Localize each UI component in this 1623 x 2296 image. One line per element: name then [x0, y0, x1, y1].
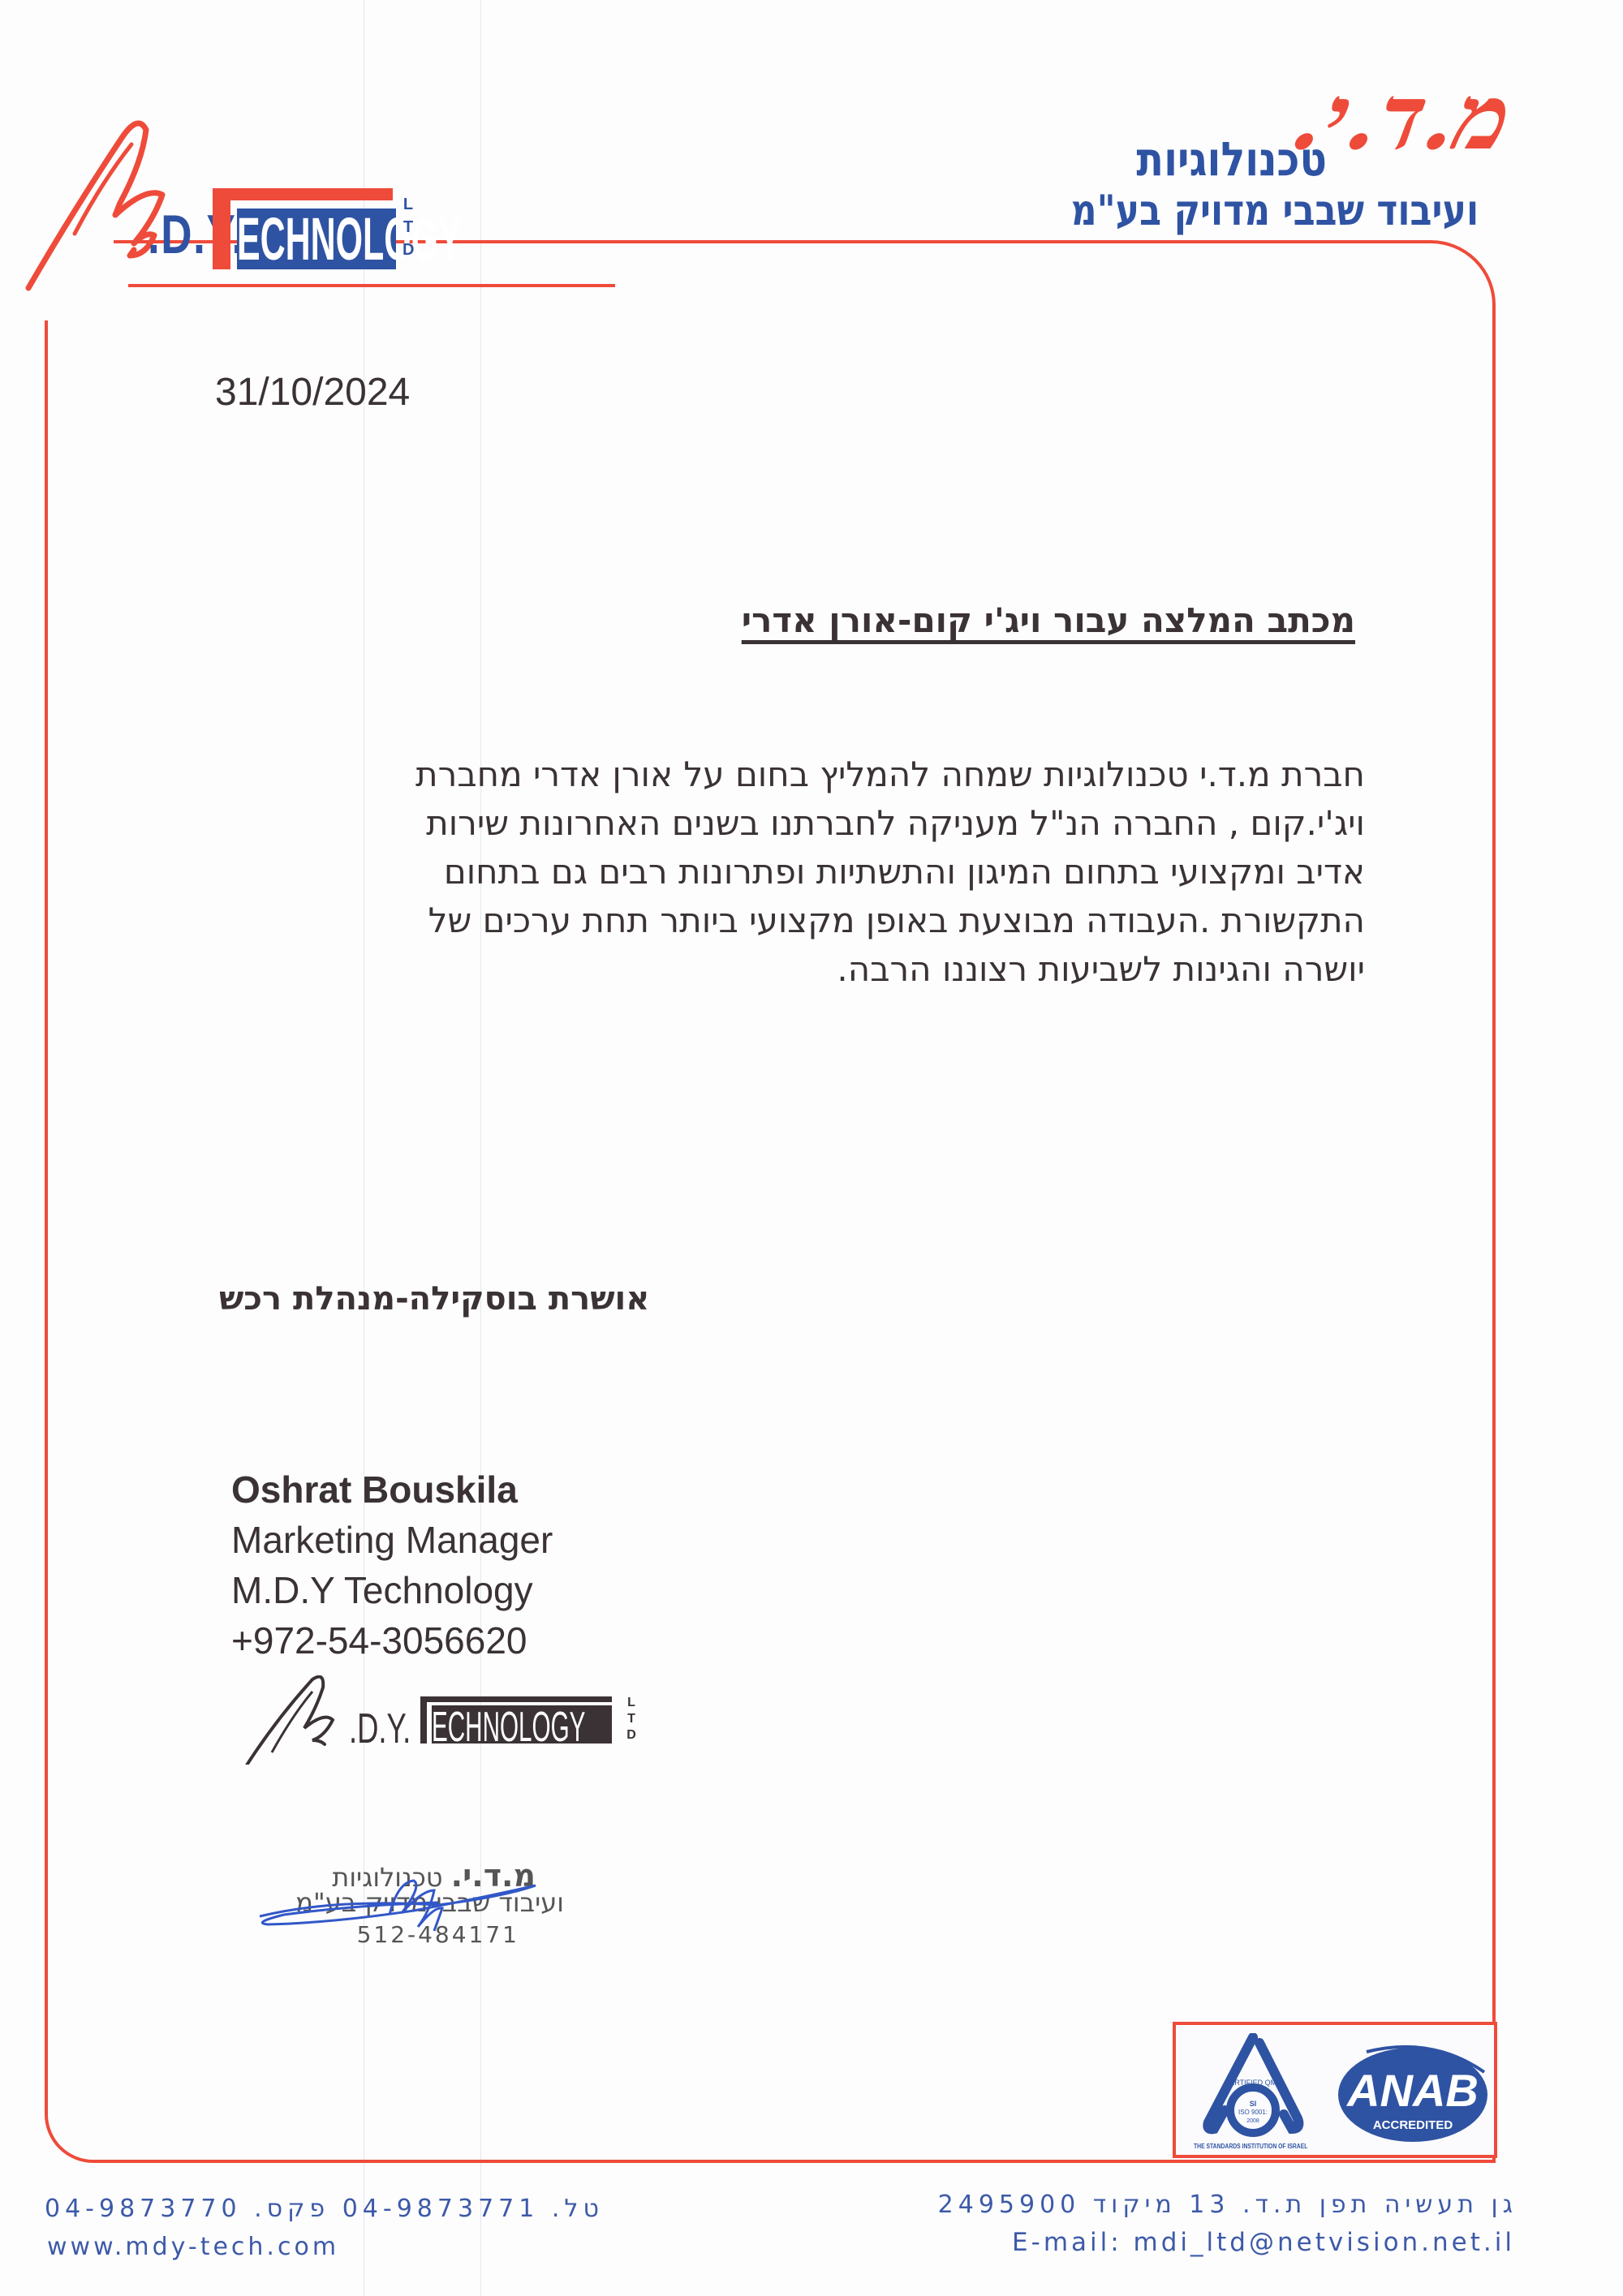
logo-t-stem — [213, 188, 230, 269]
body-line: התקשורת .העבודה מבוצעת באופן מקצועי ביות… — [635, 896, 1365, 945]
footer-phones: טל. 04-9873771 פקס. 04-9873770 — [45, 2195, 604, 2223]
footer-email[interactable]: E-mail: mdi_ltd@netvision.net.il — [1012, 2228, 1515, 2257]
logo-technology-text: ECHNOLOGY — [237, 204, 392, 273]
signer-hebrew: אושרת בוסקילה-מנהלת רכש — [219, 1280, 649, 1318]
signer-company: M.D.Y Technology — [231, 1565, 553, 1615]
ltd-letter: L — [626, 1695, 636, 1711]
si-iso-certified-icon: CERTIFIED QMS SI ISO 9001: 2008 — [1196, 2033, 1310, 2147]
sig-logo-technology: ECHNOLOGY — [432, 1703, 585, 1752]
anab-accredited-icon: ANAB ACCREDITED — [1334, 2040, 1492, 2145]
footer-website[interactable]: www.mdy-tech.com — [47, 2233, 339, 2261]
ltd-letter: D — [403, 239, 414, 261]
svg-text:ANAB: ANAB — [1345, 2065, 1479, 2116]
svg-text:2008: 2008 — [1246, 2118, 1259, 2124]
logo-ltd: L T D — [403, 193, 414, 261]
signature-swoosh-icon — [235, 1675, 349, 1765]
svg-text:SI: SI — [1250, 2100, 1257, 2108]
signer-name: Oshrat Bouskila — [231, 1464, 553, 1515]
svg-text:ACCREDITED: ACCREDITED — [1373, 2118, 1453, 2132]
letter-body: חברת מ.ד.י טכנולוגיות שמחה להמליץ בחום ע… — [635, 750, 1365, 994]
body-line: יושרה והגינות לשביעות רצוננו הרבה. — [635, 945, 1365, 994]
sig-logo-t-bar — [420, 1696, 612, 1702]
svg-text:CERTIFIED QMS: CERTIFIED QMS — [1225, 2079, 1281, 2087]
certification-badges: CERTIFIED QMS SI ISO 9001: 2008 THE STAN… — [1173, 2022, 1497, 2158]
logo-t-bar — [213, 188, 393, 200]
letter-date: 31/10/2024 — [215, 370, 410, 415]
svg-text:ISO 9001:: ISO 9001: — [1238, 2109, 1268, 2116]
body-line: חברת מ.ד.י טכנולוגיות שמחה להמליץ בחום ע… — [635, 750, 1365, 799]
signature-logo: .D.Y. ECHNOLOGY L T D — [235, 1692, 665, 1781]
letter-subject: מכתב המלצה עבור ויג'י קום-אורן אדרי — [742, 600, 1355, 640]
mdy-technology-logo-en: .D.Y. ECHNOLOGY L T D — [24, 114, 609, 300]
ltd-letter: T — [403, 216, 414, 239]
footer-address: גן תעשיה תפן ת.ד. 13 מיקוד 2495900 — [938, 2191, 1518, 2219]
body-line: ויג'י.קום , החברה הנ"ל מעניקה לחברתנו בש… — [635, 799, 1365, 848]
ltd-letter: L — [403, 193, 414, 216]
sig-logo-mdy: .D.Y. — [349, 1705, 411, 1753]
company-stamp: מ.ד.י. טכנולוגיות ועיבוד שבבי מדויק בע"מ… — [260, 1858, 552, 1963]
body-line: אדיב ומקצועי בתחום המיגון והתשתיות ופתרו… — [635, 848, 1365, 896]
signer-title: Marketing Manager — [231, 1515, 553, 1565]
sig-logo-t-stem — [420, 1696, 427, 1743]
sig-logo-ltd: L T D — [626, 1695, 636, 1743]
mdy-technology-logo-he: מ.ד.י. טכנולוגיות ועיבוד שבבי מדויק בע"מ — [1055, 65, 1509, 235]
logo-he-name: טכנולוגיות — [1136, 131, 1327, 187]
logo-underline — [128, 284, 615, 287]
signer-phone: +972-54-3056620 — [231, 1615, 553, 1666]
ltd-letter: D — [626, 1727, 636, 1743]
signature-block: Oshrat Bouskila Marketing Manager M.D.Y … — [231, 1464, 553, 1666]
si-caption: THE STANDARDS INSTITUTION OF ISRAEL — [1194, 2143, 1307, 2150]
handwritten-signature-icon — [235, 1866, 560, 1947]
ltd-letter: T — [626, 1711, 636, 1727]
logo-he-tagline: ועיבוד שבבי מדויק בע"מ — [1071, 187, 1479, 235]
